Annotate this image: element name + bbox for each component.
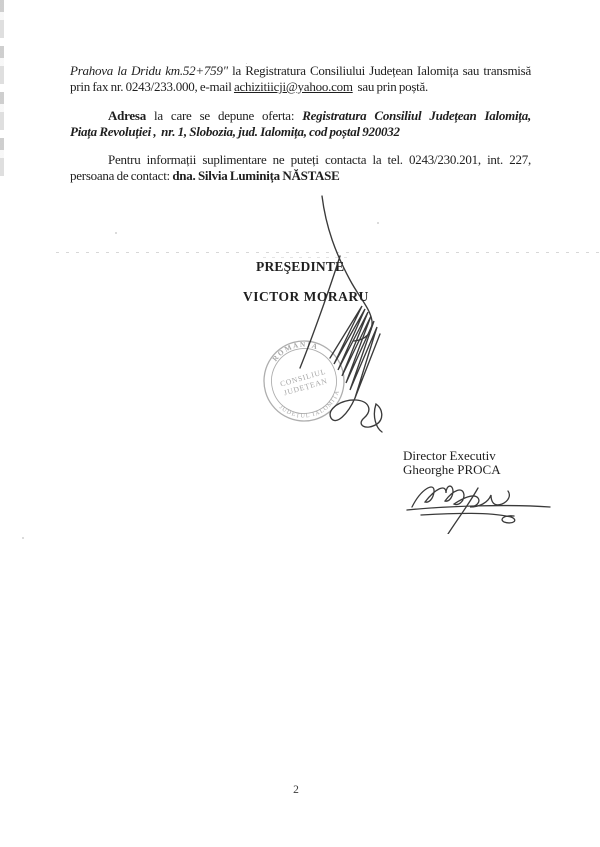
text-line: Adresa la care se depune oferta: Registr… <box>70 108 531 124</box>
scanner-edge-artifact <box>0 0 4 180</box>
paragraph-contact: Pentru informații suplimentare ne puteți… <box>70 152 531 184</box>
signature-stroke <box>330 398 382 432</box>
email-address: achizitiicji@yahoo.com <box>234 79 353 94</box>
director-title: Director Executiv <box>403 449 501 463</box>
director-signature <box>402 476 554 534</box>
text-run: la Registratura Consiliului Județean Ial… <box>228 63 531 78</box>
page-number: 2 <box>0 784 592 796</box>
address-label: Adresa <box>108 108 146 123</box>
paragraph-registration: Prahova la Dridu km.52+759" la Registrat… <box>70 63 531 95</box>
text-line: persoana de contact: dna. Silvia Luminiț… <box>70 168 531 184</box>
text-line: Piața Revoluției , nr. 1, Slobozia, jud.… <box>70 124 531 140</box>
quoted-contract-title: Prahova la Dridu km.52+759" <box>70 63 228 78</box>
signature-stroke <box>407 506 550 510</box>
director-block: Director Executiv Gheorghe PROCA <box>403 449 501 476</box>
president-signature <box>280 188 410 448</box>
address-value: Registratura Consiliul Județean Ialomița… <box>302 108 531 123</box>
scanned-document-page: { "colors": { "ink": "#1f1f1f", "stamp_g… <box>0 0 600 847</box>
text-line: prin fax nr. 0243/233.000, e-mail achizi… <box>70 79 531 95</box>
director-name: Gheorghe PROCA <box>403 463 501 477</box>
scan-speck <box>115 232 117 234</box>
text-run: la care se depune oferta: <box>146 108 302 123</box>
paragraph-address: Adresa la care se depune oferta: Registr… <box>70 108 531 140</box>
text-line: Pentru informații suplimentare ne puteți… <box>70 152 531 168</box>
contact-person-name: dna. Silvia Luminița NĂSTASE <box>172 168 339 183</box>
signature-stroke <box>412 486 509 507</box>
scan-speck <box>22 537 24 539</box>
text-run: persoana de contact: <box>70 168 172 183</box>
address-value-2: Piața Revoluției , nr. 1, Slobozia, jud.… <box>70 124 400 139</box>
text-run: prin fax nr. 0243/233.000, e-mail <box>70 79 234 94</box>
text-line: Prahova la Dridu km.52+759" la Registrat… <box>70 63 531 79</box>
document-body: Prahova la Dridu km.52+759" la Registrat… <box>70 63 531 184</box>
signature-stroke <box>421 513 515 523</box>
text-run: sau prin poștă. <box>353 79 428 94</box>
text-run: Pentru informații suplimentare ne puteți… <box>108 152 531 167</box>
signature-stroke <box>330 306 380 398</box>
